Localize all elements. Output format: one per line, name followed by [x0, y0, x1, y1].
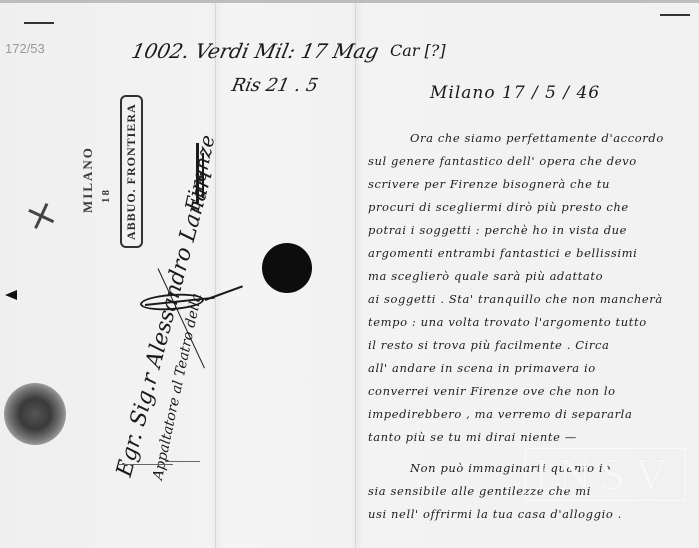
underline-stroke [202, 153, 204, 198]
body-line: sul genere fantastico dell' opera che de… [368, 154, 637, 168]
body-line: impedirebbero , ma verremo di separarla [368, 407, 632, 421]
triangle-mark [5, 290, 17, 300]
watermark: INSV [525, 448, 686, 501]
wax-seal [262, 243, 312, 293]
fold-line-left [215, 3, 216, 548]
round-stamp [4, 383, 66, 445]
body-line: ma sceglierò quale sarà più adattato [368, 269, 603, 283]
body-line: procuri di scegliermi dirò più presto ch… [368, 200, 629, 214]
docket-line-1: 1002. Verdi Mil: 17 Mag [129, 39, 381, 63]
body-line: all' andare in scena in primavera io [368, 361, 596, 375]
docket-line-2: Ris 21 . 5 [230, 75, 320, 96]
body-line: converrei venir Firenze ove che non lo [368, 384, 616, 398]
underline-stroke [196, 143, 199, 203]
cross-mark: × [18, 189, 63, 241]
body-line: argomenti entrambi fantastici e bellissi… [368, 246, 637, 260]
salutation: Car [?] [390, 41, 446, 60]
body-line: tanto più se tu mi dirai niente — [368, 430, 577, 444]
body-line: usi nell' offrirmi la tua casa d'alloggi… [368, 507, 622, 521]
faint-dash [165, 461, 200, 462]
pencil-dash-right [660, 14, 690, 16]
archive-reference: 172/53 [5, 41, 45, 56]
body-line: il resto si trova più facilmente . Circa [368, 338, 610, 352]
body-line: Ora che siamo perfettamente d'accordo [410, 131, 664, 145]
body-line: scrivere per Firenze bisognerà che tu [368, 177, 610, 191]
faint-dash [118, 464, 173, 465]
postmark-city: MILANO [80, 146, 96, 213]
body-line: ai soggetti . Sta' tranquillo che non ma… [368, 292, 663, 306]
letter-sheet: 172/53 1002. Verdi Mil: 17 Mag Ris 21 . … [0, 3, 699, 548]
flourish-stroke [205, 285, 243, 301]
postmark-day: 18 [100, 188, 112, 203]
pencil-dash [24, 22, 54, 24]
body-line: tempo : una volta trovato l'argomento tu… [368, 315, 647, 329]
fold-line-center [355, 3, 356, 548]
frontier-stamp: ABBUO. FRONTIERA [120, 95, 143, 248]
dateline: Milano 17 / 5 / 46 [430, 83, 600, 103]
body-line: potrai i soggetti : perchè ho in vista d… [368, 223, 627, 237]
